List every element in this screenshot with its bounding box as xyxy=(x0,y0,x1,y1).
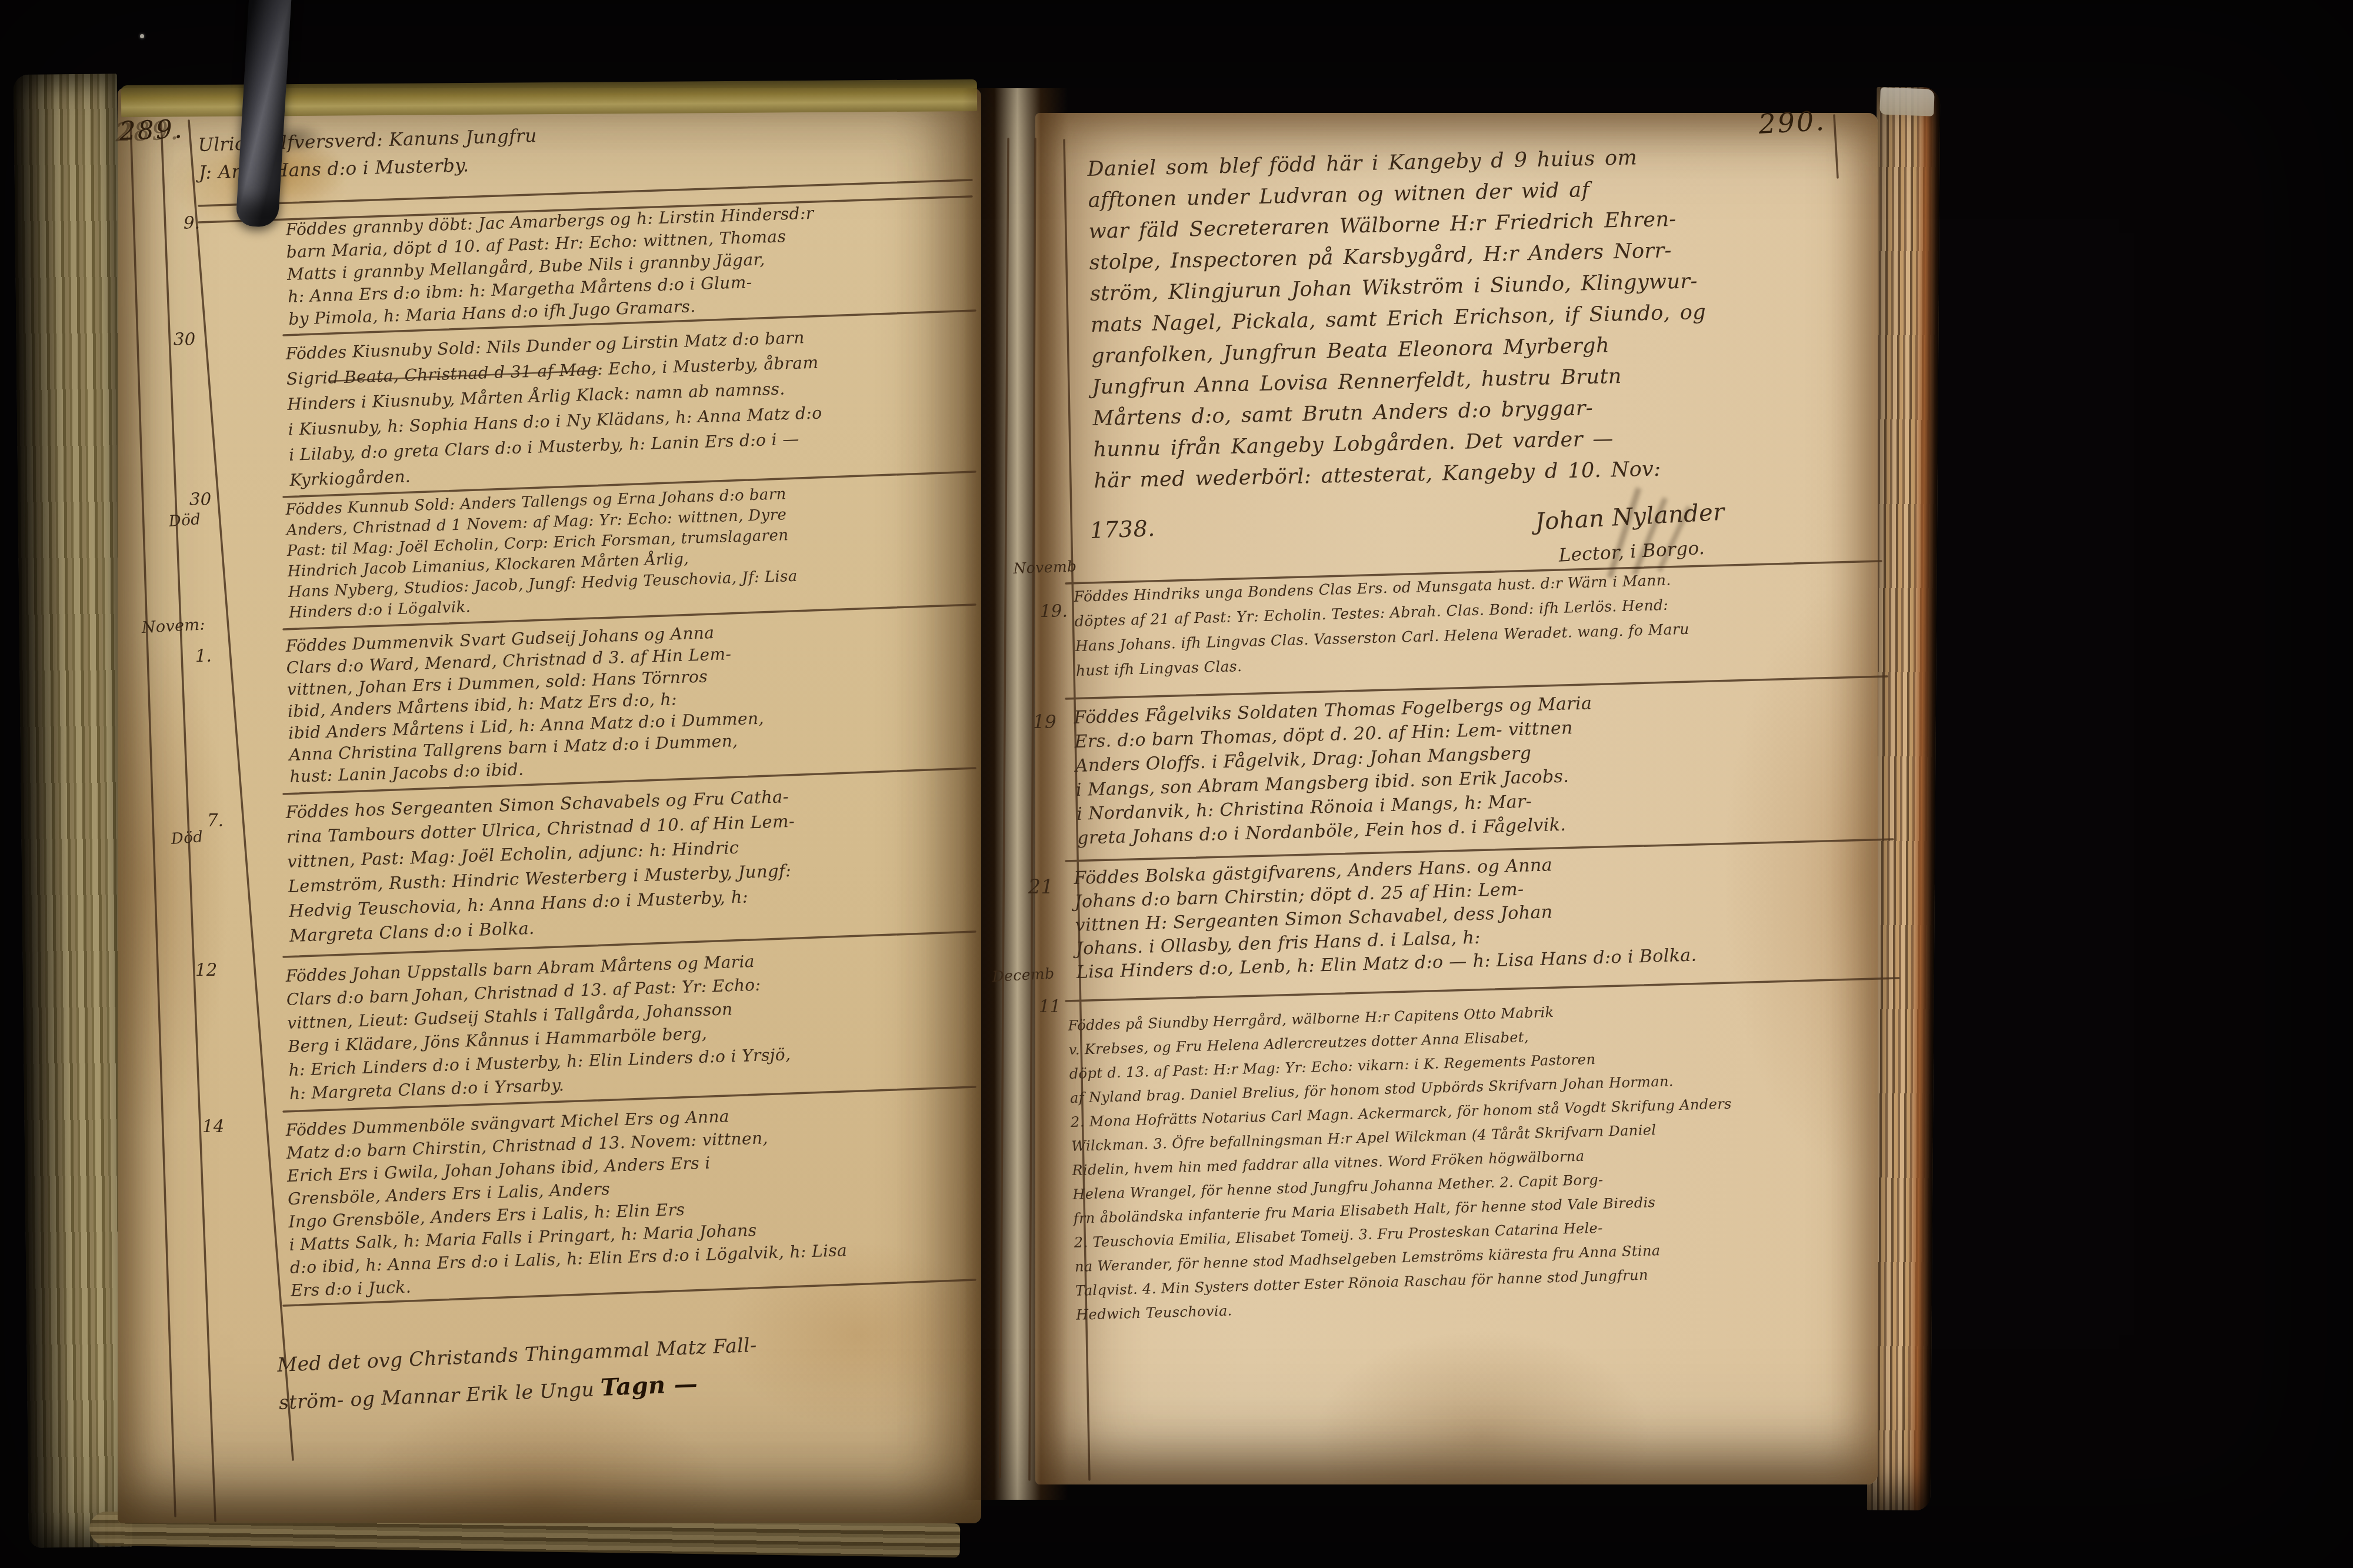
margin-date: 19 xyxy=(1033,712,1056,733)
margin-date: 7. xyxy=(207,810,224,830)
register-entry: Föddes Kunnub Sold: Anders Tallengs og E… xyxy=(285,478,983,623)
margin-month: Novemb xyxy=(1013,558,1077,577)
page-number-left: 289. xyxy=(119,114,185,146)
register-entry: Föddes hos Sergeanten Simon Schavabels o… xyxy=(285,778,984,948)
footnote-line-text: ström- og Mannar Erik le Ungu xyxy=(278,1377,595,1413)
register-entry: Föddes Dummenvik Svart Gudseij Johans og… xyxy=(285,613,984,788)
dust-speck xyxy=(140,34,144,38)
margin-date: 11 xyxy=(1039,996,1061,1016)
register-entry: Föddes Bolska gästgifvarens, Anders Hans… xyxy=(1074,845,1882,985)
margin-date: 12 xyxy=(195,960,218,980)
margin-date: 21 xyxy=(1028,875,1054,898)
photo: 289. 290. Ulrica Silfversverd: Kanuns Ju… xyxy=(0,0,2353,1568)
register-entry: Föddes på Siundby Herrgård, wälborne H:r… xyxy=(1068,990,1947,1327)
footnote-emphasis: Tagn — xyxy=(600,1370,698,1402)
margin-date: 9. xyxy=(184,213,200,233)
margin-date: 19. xyxy=(1040,601,1068,621)
margin-month: Decemb xyxy=(992,965,1055,985)
margin-month: Novem: xyxy=(141,615,206,637)
register-entry: Föddes grannby döbt: Jac Amarbergs og h:… xyxy=(285,197,982,331)
margin-date: 30 xyxy=(174,329,196,349)
register-entry: Föddes Fågelviks Soldaten Thomas Fogelbe… xyxy=(1074,683,1871,850)
margin-note-died: Död xyxy=(168,511,201,531)
attestation: Daniel som blef född här i Kangeby d 9 h… xyxy=(1087,138,1868,496)
margin-date: 30 xyxy=(189,489,212,509)
year-label: 1738. xyxy=(1089,515,1155,543)
register-entry: Föddes Kiusnuby Sold: Nils Dunder og Lir… xyxy=(285,319,984,493)
register-entry: Föddes Johan Uppstalls barn Abram Mårten… xyxy=(285,943,984,1106)
margin-date: 14 xyxy=(202,1116,225,1136)
margin-date: 1. xyxy=(195,646,212,666)
register-entry: Föddes Dummenböle svängvart Michel Ers o… xyxy=(285,1097,985,1302)
page-number-right: 290. xyxy=(1758,105,1827,140)
margin-note-died: Död xyxy=(171,828,204,848)
